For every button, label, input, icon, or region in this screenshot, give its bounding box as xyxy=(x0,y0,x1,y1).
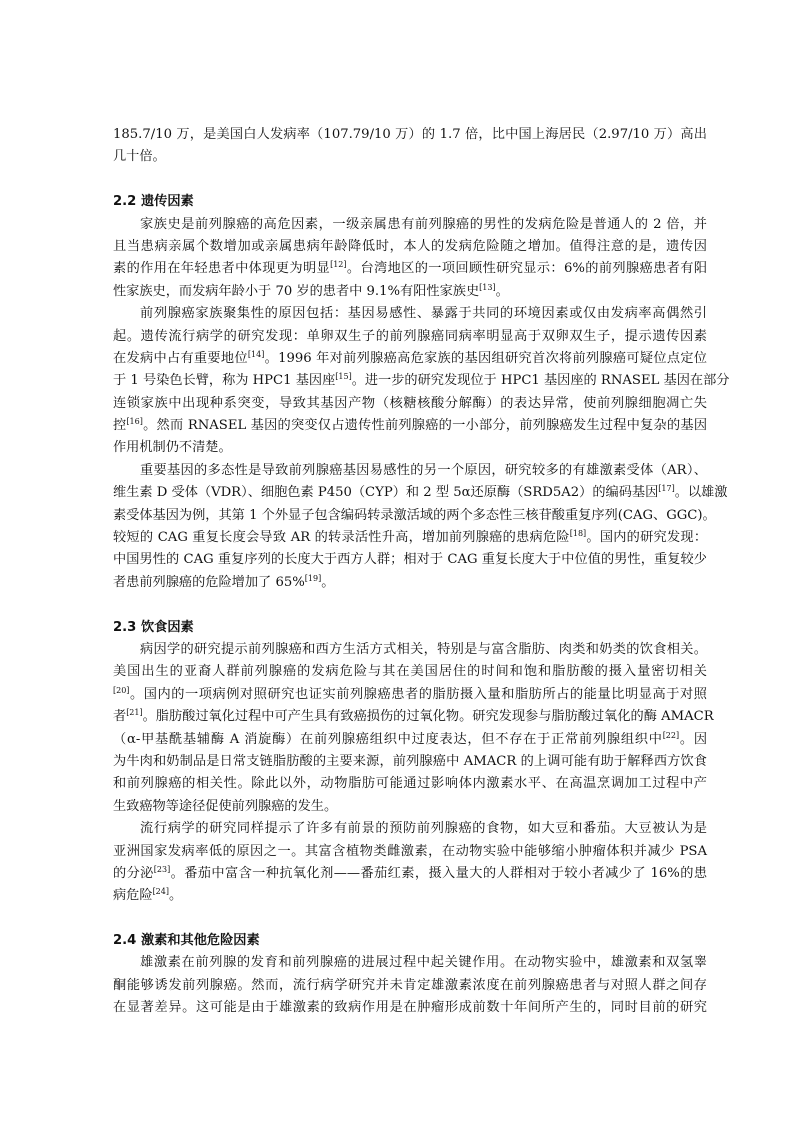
citation-ref: [17] xyxy=(658,484,674,493)
document-page: 185.7/10 万，是美国白人发病率（107.79/10 万）的 1.7 倍，… xyxy=(113,124,707,1020)
citation-ref: [20] xyxy=(113,686,129,695)
line-text: 。 xyxy=(496,284,509,299)
line-text: 。脂肪酸过氧化过程中可产生具有致癌损伤的过氧化物。研究发现参与脂肪酸过氧化的酶 … xyxy=(143,709,714,724)
paragraph-line: 连锁家族中出现种系突变，导致其基因产物（核糖核酸分解酶）的表达异常，使前列腺细胞… xyxy=(113,393,707,415)
spacer xyxy=(113,908,707,930)
line-text: 重要基因的多态性是导致前列腺癌基因易感性的另一个原因，研究较多的有雄激素受体（A… xyxy=(140,463,707,478)
citation-ref: [23] xyxy=(154,865,170,874)
citation-ref: [22] xyxy=(663,731,679,740)
paragraph-line: 中国男性的 CAG 重复序列的长度大于西方人群；相对于 CAG 重复长度大于中位… xyxy=(113,549,707,571)
line-text: 病因学的研究提示前列腺癌和西方生活方式相关，特别是与富含脂肪、肉类和奶类的饮食相… xyxy=(140,642,707,657)
paragraph-line: 前列腺癌家族聚集性的原因包括：基因易感性、暴露于共同的环境因素或仅由发病率高偶然… xyxy=(113,303,707,325)
line-text: 连锁家族中出现种系突变，导致其基因产物（核糖核酸分解酶）的表达异常，使前列腺细胞… xyxy=(113,396,707,411)
paragraph-line: 家族史是前列腺癌的高危因素，一级亲属患有前列腺癌的男性的发病危险是普通人的 2 … xyxy=(113,214,707,236)
line-text: 。1996 年对前列腺癌高危家族的基因组研究首次将前列腺癌可疑位点定位 xyxy=(264,351,707,366)
paragraph-line: 者[21]。脂肪酸过氧化过程中可产生具有致癌损伤的过氧化物。研究发现参与脂肪酸过… xyxy=(113,706,707,728)
line-text: 。台湾地区的一项回顾性研究显示：6%的前列腺癌患者有阳 xyxy=(347,261,708,276)
line-text: 。 xyxy=(321,575,334,590)
citation-ref: [14] xyxy=(248,350,264,359)
paragraph-line: 且当患病亲属个数增加或亲属患病年龄降低时，本人的发病危险随之增加。值得注意的是，… xyxy=(113,236,707,258)
line-text: 和前列腺癌的相关性。除此以外，动物脂肪可能通过影响体内激素水平、在高温烹调加工过… xyxy=(113,776,707,791)
line-text: 为牛肉和奶制品是日常支链脂肪酸的主要来源，前列腺癌中 AMACR 的上调可能有助… xyxy=(113,754,707,769)
line-text: 。番茄中富含一种抗氧化剂——番茄红素，摄入量大的人群相对于较小者减少了 16%的… xyxy=(170,866,707,881)
line-text: 起。遗传流行病学的研究发现：单卵双生子的前列腺癌同病率明显高于双卵双生子，提示遗… xyxy=(113,329,707,344)
line-text: 前列腺癌家族聚集性的原因包括：基因易感性、暴露于共同的环境因素或仅由发病率高偶然… xyxy=(140,306,707,321)
paragraph: 雄激素在前列腺的发育和前列腺癌的进展过程中起关键作用。在动物实验中，雄激素和双氢… xyxy=(113,952,707,1019)
paragraph-line: 性家族史，而发病年龄小于 70 岁的患者中 9.1%有阳性家族史[13]。 xyxy=(113,281,707,303)
paragraph-line: 素受体基因为例，其第 1 个外显子包含编码转录激活域的两个多态性三核苷酸重复序列… xyxy=(113,505,707,527)
citation-ref: [18] xyxy=(570,529,586,538)
line-text: 性家族史，而发病年龄小于 70 岁的患者中 9.1%有阳性家族史 xyxy=(113,284,479,299)
line-text: 。国内的一项病例对照研究也证实前列腺癌患者的脂肪摄入量和脂肪所占的能量比明显高于… xyxy=(129,687,707,702)
paragraph-line: 美国出生的亚裔人群前列腺癌的发病危险与其在美国居住的时间和饱和脂肪酸的摄入量密切… xyxy=(113,661,707,683)
paragraph-line: 者患前列腺癌的危险增加了 65%[19]。 xyxy=(113,572,707,594)
line-text: 。因 xyxy=(679,732,707,747)
citation-ref: [16] xyxy=(126,417,142,426)
paragraph-line: 酮能够诱发前列腺癌。然而，流行病学研究并未肯定雄激素浓度在前列腺癌患者与对照人群… xyxy=(113,975,707,997)
paragraph-line: 重要基因的多态性是导致前列腺癌基因易感性的另一个原因，研究较多的有雄激素受体（A… xyxy=(113,460,707,482)
line-text: 亚洲国家发病率低的原因之一。其富含植物类雌激素，在动物实验中能够缩小肿瘤体积并减… xyxy=(113,844,707,859)
line-text: 控 xyxy=(113,418,126,433)
line-text: 。进一步的研究发现位于 HPC1 基因座的 RNASEL 基因在部分 xyxy=(352,373,730,388)
citation-ref: [12] xyxy=(330,260,346,269)
paragraph-line: 生致癌物等途径促使前列腺癌的发生。 xyxy=(113,796,707,818)
paragraph-line: 亚洲国家发病率低的原因之一。其富含植物类雌激素，在动物实验中能够缩小肿瘤体积并减… xyxy=(113,841,707,863)
paragraph-line: 维生素 D 受体（VDR）、细胞色素 P450（CYP）和 2 型 5α还原酶（… xyxy=(113,482,707,504)
paragraph-line: 病因学的研究提示前列腺癌和西方生活方式相关，特别是与富含脂肪、肉类和奶类的饮食相… xyxy=(113,639,707,661)
line-text: 家族史是前列腺癌的高危因素，一级亲属患有前列腺癌的男性的发病危险是普通人的 2 … xyxy=(140,217,707,232)
paragraph-line: 控[16]。然而 RNASEL 基因的突变仅占遗传性前列腺癌的一小部分，前列腺癌… xyxy=(113,415,707,437)
paragraph-line: 在发病中占有重要地位[14]。1996 年对前列腺癌高危家族的基因组研究首次将前… xyxy=(113,348,707,370)
line-text: 在发病中占有重要地位 xyxy=(113,351,248,366)
spacer xyxy=(113,169,707,191)
line-text: 病危险 xyxy=(113,888,153,903)
line-text: 。然而 RNASEL 基因的突变仅占遗传性前列腺癌的一小部分，前列腺癌发生过程中… xyxy=(143,418,707,433)
line-text: 流行病学的研究同样提示了许多有前景的预防前列腺癌的食物，如大豆和番茄。大豆被认为… xyxy=(140,821,707,836)
spacer xyxy=(113,594,707,616)
citation-ref: [13] xyxy=(479,283,495,292)
line-text: 作用机制仍不清楚。 xyxy=(113,440,232,455)
paragraph-line: 雄激素在前列腺的发育和前列腺癌的进展过程中起关键作用。在动物实验中，雄激素和双氢… xyxy=(113,952,707,974)
paragraph-line: 素的作用在年轻患者中体现更为明显[12]。台湾地区的一项回顾性研究显示：6%的前… xyxy=(113,258,707,280)
intro-line: 185.7/10 万，是美国白人发病率（107.79/10 万）的 1.7 倍，… xyxy=(113,124,707,146)
line-text: 酮能够诱发前列腺癌。然而，流行病学研究并未肯定雄激素浓度在前列腺癌患者与对照人群… xyxy=(113,978,707,993)
citation-ref: [15] xyxy=(335,372,351,381)
paragraph-line: 较短的 CAG 重复长度会导致 AR 的转录活性升高，增加前列腺癌的患病危险[1… xyxy=(113,527,707,549)
line-text: 素的作用在年轻患者中体现更为明显 xyxy=(113,261,330,276)
line-text: 中国男性的 CAG 重复序列的长度大于西方人群；相对于 CAG 重复长度大于中位… xyxy=(113,552,707,567)
paragraph-line: 为牛肉和奶制品是日常支链脂肪酸的主要来源，前列腺癌中 AMACR 的上调可能有助… xyxy=(113,751,707,773)
line-text: 的分泌 xyxy=(113,866,154,881)
line-text: 美国出生的亚裔人群前列腺癌的发病危险与其在美国居住的时间和饱和脂肪酸的摄入量密切… xyxy=(113,664,707,679)
line-text: 在显著差异。这可能是由于雄激素的致病作用是在肿瘤形成前数十年间所产生的，同时目前… xyxy=(113,1000,707,1015)
line-text: 维生素 D 受体（VDR）、细胞色素 P450（CYP）和 2 型 5α还原酶（… xyxy=(113,485,658,500)
paragraph: 家族史是前列腺癌的高危因素，一级亲属患有前列腺癌的男性的发病危险是普通人的 2 … xyxy=(113,214,707,304)
line-text: 者患前列腺癌的危险增加了 65% xyxy=(113,575,305,590)
paragraph-line: 和前列腺癌的相关性。除此以外，动物脂肪可能通过影响体内激素水平、在高温烹调加工过… xyxy=(113,773,707,795)
section-heading-2-2: 2.2 遗传因素 xyxy=(113,191,707,213)
citation-ref: [19] xyxy=(305,574,321,583)
paragraph-line: 的分泌[23]。番茄中富含一种抗氧化剂——番茄红素，摄入量大的人群相对于较小者减… xyxy=(113,863,707,885)
line-text: 生致癌物等途径促使前列腺癌的发生。 xyxy=(113,799,337,814)
line-text: 。国内的研究发现： xyxy=(586,530,707,545)
line-text: 较短的 CAG 重复长度会导致 AR 的转录活性升高，增加前列腺癌的患病危险 xyxy=(113,530,570,545)
intro-line: 几十倍。 xyxy=(113,146,707,168)
line-text: 。以雄激 xyxy=(675,485,728,500)
paragraph-line: 流行病学的研究同样提示了许多有前景的预防前列腺癌的食物，如大豆和番茄。大豆被认为… xyxy=(113,818,707,840)
paragraph: 流行病学的研究同样提示了许多有前景的预防前列腺癌的食物，如大豆和番茄。大豆被认为… xyxy=(113,818,707,908)
paragraph: 重要基因的多态性是导致前列腺癌基因易感性的另一个原因，研究较多的有雄激素受体（A… xyxy=(113,460,707,594)
line-text: 。 xyxy=(169,888,182,903)
paragraph: 病因学的研究提示前列腺癌和西方生活方式相关，特别是与富含脂肪、肉类和奶类的饮食相… xyxy=(113,639,707,818)
paragraph-line: 起。遗传流行病学的研究发现：单卵双生子的前列腺癌同病率明显高于双卵双生子，提示遗… xyxy=(113,326,707,348)
paragraph-line: 作用机制仍不清楚。 xyxy=(113,437,707,459)
paragraph-line: 于 1 号染色长臂，称为 HPC1 基因座[15]。进一步的研究发现位于 HPC… xyxy=(113,370,707,392)
section-heading-2-4: 2.4 激素和其他危险因素 xyxy=(113,930,707,952)
line-text: 者 xyxy=(113,709,126,724)
paragraph-line: 在显著差异。这可能是由于雄激素的致病作用是在肿瘤形成前数十年间所产生的，同时目前… xyxy=(113,997,707,1019)
paragraph-line: [20]。国内的一项病例对照研究也证实前列腺癌患者的脂肪摄入量和脂肪所占的能量比… xyxy=(113,684,707,706)
line-text: 雄激素在前列腺的发育和前列腺癌的进展过程中起关键作用。在动物实验中，雄激素和双氢… xyxy=(140,955,707,970)
line-text: 素受体基因为例，其第 1 个外显子包含编码转录激活域的两个多态性三核苷酸重复序列… xyxy=(113,508,716,523)
section-heading-2-3: 2.3 饮食因素 xyxy=(113,617,707,639)
line-text: 且当患病亲属个数增加或亲属患病年龄降低时，本人的发病危险随之增加。值得注意的是，… xyxy=(113,239,707,254)
paragraph: 前列腺癌家族聚集性的原因包括：基因易感性、暴露于共同的环境因素或仅由发病率高偶然… xyxy=(113,303,707,460)
paragraph-line: 病危险[24]。 xyxy=(113,885,707,907)
line-text: （α-甲基酰基辅酶 A 消旋酶）在前列腺癌组织中过度表达，但不存在于正常前列腺组… xyxy=(113,732,663,747)
citation-ref: [21] xyxy=(126,708,142,717)
line-text: 于 1 号染色长臂，称为 HPC1 基因座 xyxy=(113,373,335,388)
citation-ref: [24] xyxy=(153,887,169,896)
paragraph-line: （α-甲基酰基辅酶 A 消旋酶）在前列腺癌组织中过度表达，但不存在于正常前列腺组… xyxy=(113,729,707,751)
